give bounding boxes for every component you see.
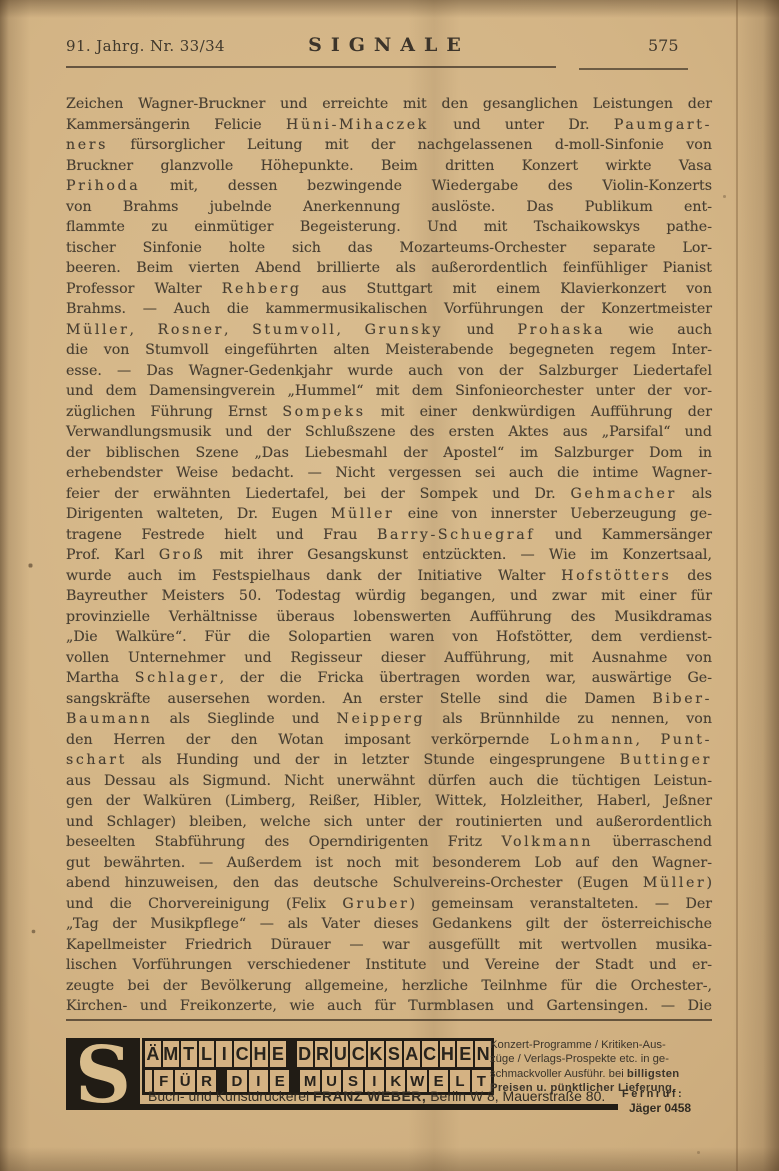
ad-banner: ÄMTLICHEDRUCKSACHEN FÜRDIEMUSIKWELT — [142, 1038, 494, 1095]
article-line: Verwandlungsmusik und der Schlußszene de… — [66, 422, 712, 443]
article-line: Kapellmeister Friedrich Dürauer — war au… — [66, 935, 712, 956]
article-text: Zeichen Wagner-Bruckner und erreichte mi… — [66, 94, 712, 1017]
ad-services-line: Konzert-Programme / Kritiken-Aus- — [490, 1038, 714, 1052]
ad-banner-letter-tile: C — [350, 1041, 366, 1067]
article-line: erhebendster Weise bedacht. — Nicht verg… — [66, 463, 712, 484]
article-line: gut bewährten. — Außerdem ist noch mit b… — [66, 853, 712, 874]
paper-specks — [0, 0, 1, 1]
article-line: Zeichen Wagner-Bruckner und erreichte mi… — [66, 94, 712, 115]
article-line: vollen Unternehmer und Regisseur dieser … — [66, 648, 712, 669]
article-line: Dirigenten walteten, Dr. Eugen Müller ei… — [66, 504, 712, 525]
article-line: aus Dessau als Sigmund. Nicht unerwähnt … — [66, 771, 712, 792]
article-line: „Tag der Musikpflege“ — als Vater dieses… — [66, 914, 712, 935]
article-line: Müller, Rosner, Stumvoll, Grunsky und Pr… — [66, 320, 712, 341]
ad-banner-letter-tile: M — [163, 1041, 179, 1067]
ad-initial-box: S — [66, 1038, 140, 1110]
page-edge — [736, 0, 738, 1171]
header-rule-page-number — [579, 68, 688, 70]
article-line: beeren. Beim vierten Abend brillierte al… — [66, 258, 712, 279]
article-line: Prof. Karl Groß mit ihrer Gesangskunst e… — [66, 545, 712, 566]
ad-banner-letter-tile: E — [270, 1041, 286, 1067]
ad-banner-letter-tile: C — [234, 1041, 250, 1067]
article-line: flammte zu einmütiger Begeisterung. Und … — [66, 217, 712, 238]
page-number: 575 — [648, 36, 708, 55]
article-line: und dem Damensingverein „Hummel“ mit dem… — [66, 381, 712, 402]
ad-banner-letter-tile: R — [315, 1041, 331, 1067]
article-line: abend hinzuweisen, den das deutsche Schu… — [66, 873, 712, 894]
article-line: tragene Festrede hielt und Frau Barry-Sc… — [66, 525, 712, 546]
article-line: Prihoda mit, dessen bezwingende Wiederga… — [66, 176, 712, 197]
article-line: die von Stumvoll eingeführten alten Meis… — [66, 340, 712, 361]
ad-services-line: züge / Verlags-Prospekte etc. in ge- — [490, 1052, 714, 1066]
ad-banner-letter-tile: T — [181, 1041, 197, 1067]
ad-banner-letter-tile: C — [422, 1041, 438, 1067]
ad-banner-letter-tile: H — [440, 1041, 456, 1067]
article-line: gen der Walküren (Limberg, Reißer, Hible… — [66, 791, 712, 812]
ad-banner-letter-tile: S — [386, 1041, 402, 1067]
ad-separator-rule — [66, 1019, 712, 1021]
ad-services-text: Konzert-Programme / Kritiken-Aus-züge / … — [490, 1038, 714, 1095]
article-line: feier der erwähnten Liedertafel, bei der… — [66, 484, 712, 505]
article-line: Martha Schlager, der die Fricka übertrag… — [66, 668, 712, 689]
ad-banner-letter-tile: H — [252, 1041, 268, 1067]
ad-banner-letter-tile: I — [216, 1041, 232, 1067]
ad-banner-letter-tile: K — [368, 1041, 384, 1067]
article-line: zeugte bei der Bevölkerung allgemeine, h… — [66, 976, 712, 997]
ad-banner-letter-tile: E — [457, 1041, 473, 1067]
article-line: Kirchen- und Freikonzerte, wie auch für … — [66, 996, 712, 1017]
ad-banner-letter-tile: U — [332, 1041, 348, 1067]
article-line: und Schlager) bleiben, welche sich unter… — [66, 812, 712, 833]
ad-banner-row1: ÄMTLICHEDRUCKSACHEN — [145, 1041, 491, 1067]
ad-banner-letter-tile: N — [475, 1041, 491, 1067]
ad-banner-letter-tile: D — [297, 1041, 313, 1067]
article-line: Bayreuther Meisters 50. Todestag würdig … — [66, 586, 712, 607]
ad-services-line: schmackvoller Ausführ. bei billigsten — [490, 1067, 714, 1081]
header-rule — [66, 66, 556, 68]
article-line: Brahms. — Auch die kammermusikalischen V… — [66, 299, 712, 320]
printer-advertisement: S ÄMTLICHEDRUCKSACHEN FÜRDIEMUSIKWELT Ko… — [66, 1036, 712, 1144]
article-line: schart als Hunding und der in letzter St… — [66, 750, 712, 771]
ad-phone-number: Jäger 0458 — [622, 1101, 717, 1115]
article-line: züglichen Führung Ernst Sompeks mit eine… — [66, 402, 712, 423]
article-line: „Die Walküre“. Für die Solopartien waren… — [66, 627, 712, 648]
ad-banner-letter-tile: L — [199, 1041, 215, 1067]
article-line: tischer Sinfonie holte sich das Mozarteu… — [66, 238, 712, 259]
article-line: Bruckner glanzvolle Höhepunkte. Beim dri… — [66, 156, 712, 177]
scanned-journal-page: 91. Jahrg. Nr. 33/34 SIGNALE 575 Zeichen… — [0, 0, 779, 1171]
journal-title: SIGNALE — [66, 34, 712, 56]
ad-banner-letter-tile: Ä — [145, 1041, 161, 1067]
article-line: lischen Vorführungen verschiedener Insti… — [66, 955, 712, 976]
article-line: esse. — Das Wagner-Gedenkjahr wurde auch… — [66, 361, 712, 382]
ad-printer-line: Buch- und Kunstdruckerei FRANZ WEBER, Be… — [148, 1088, 688, 1104]
article-line: Baumann als Sieglinde und Neipperg als B… — [66, 709, 712, 730]
article-line: der biblischen Szene „Das Liebesmahl der… — [66, 443, 712, 464]
ad-banner-letter-tile: A — [404, 1041, 420, 1067]
article-line: provinzielle Verhältnisse überaus lobens… — [66, 607, 712, 628]
article-line: wurde auch im Festspielhaus dank der Ini… — [66, 566, 712, 587]
article-line: ners fürsorglicher Leitung mit der nachg… — [66, 135, 712, 156]
article-line: sangskräfte ausersehen worden. An erster… — [66, 689, 712, 710]
ad-underline-bar — [136, 1104, 618, 1110]
article-line: beseelten Stabführung des Operndirigente… — [66, 832, 712, 853]
ad-phone-block: Fernruf: Jäger 0458 — [622, 1088, 717, 1115]
article-line: von Brahms jubelnde Anerkennung auslöste… — [66, 197, 712, 218]
article-line: Professor Walter Rehberg aus Stuttgart m… — [66, 279, 712, 300]
article-line: den Herren der den Wotan imposant verkör… — [66, 730, 712, 751]
ad-initial-letter: S — [75, 1044, 131, 1108]
article-line: Kammersängerin Felicie Hüni-Mihaczek und… — [66, 115, 712, 136]
ad-phone-label: Fernruf: — [622, 1088, 717, 1100]
article-line: und die Chorvereinigung (Felix Gruber) g… — [66, 894, 712, 915]
